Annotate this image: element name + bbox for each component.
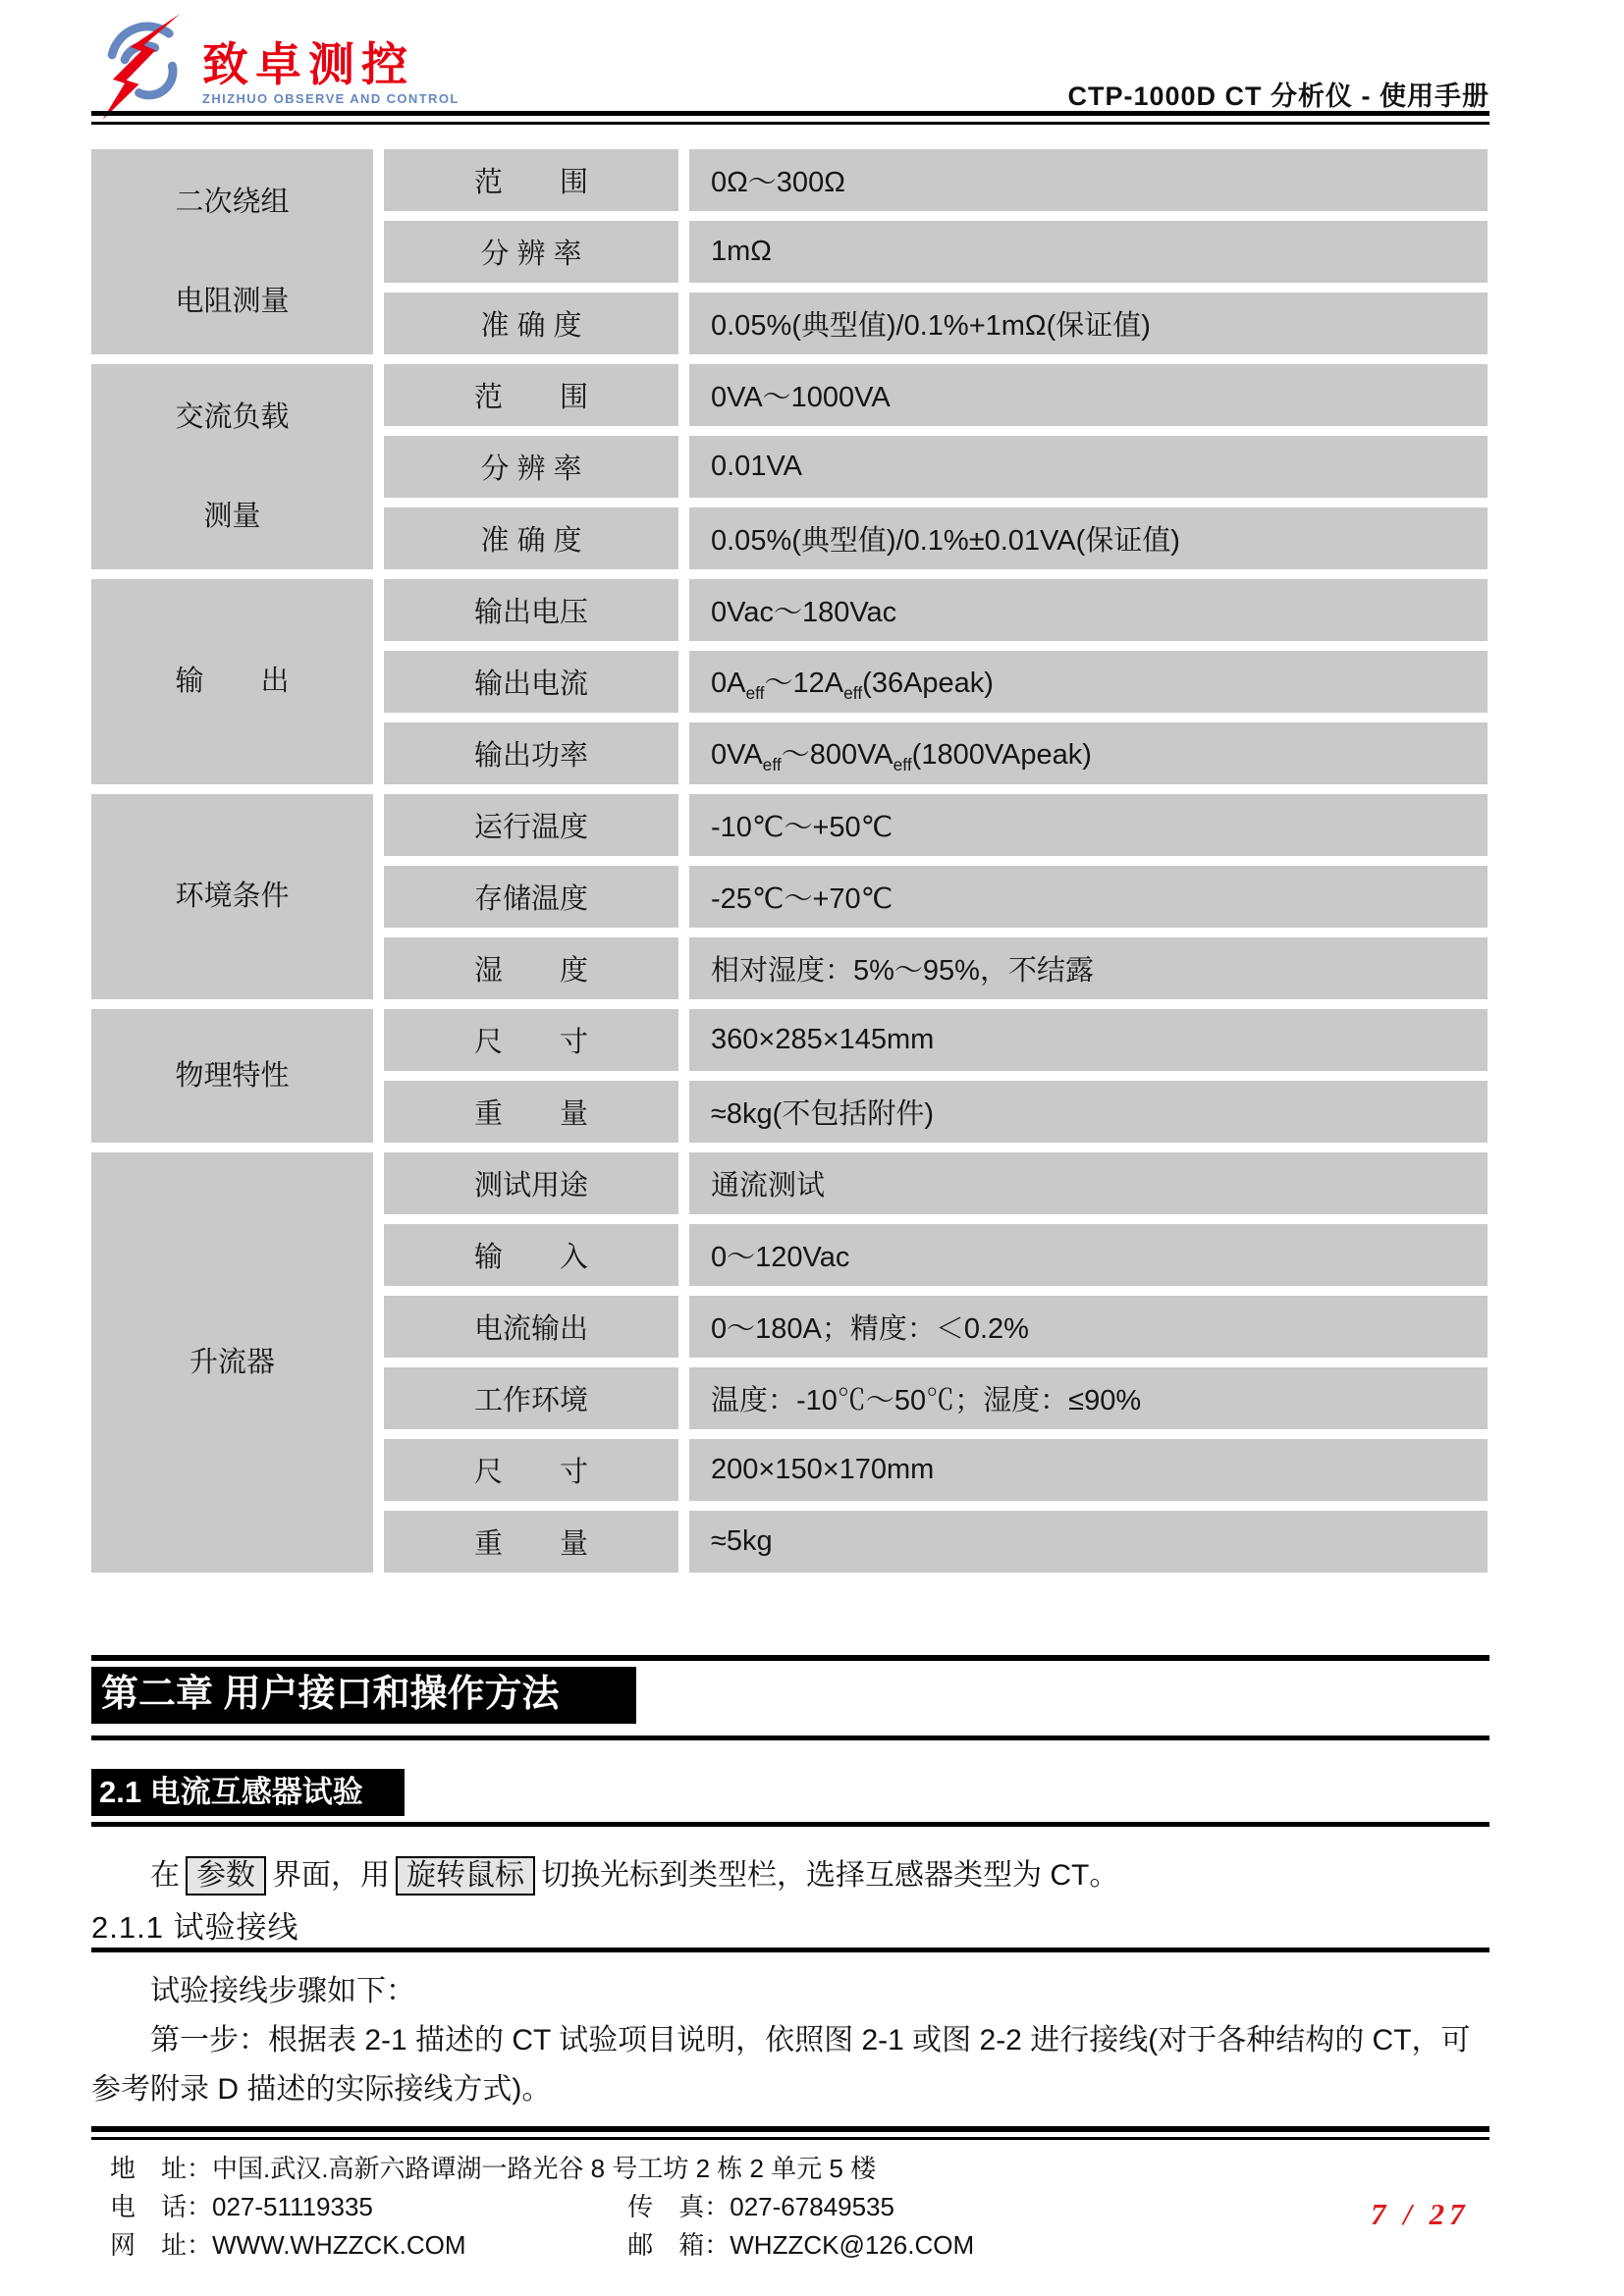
chapter-divider-top — [91, 1655, 1489, 1661]
param-cell: 分 辨 率 — [384, 436, 678, 498]
value-cell: 0Vac～180Vac — [689, 579, 1488, 641]
section-heading: 2.1 电流互感器试验 — [91, 1769, 405, 1816]
category-cell: 交流负载测量 — [91, 364, 373, 569]
para-step1: 第一步：根据表 2-1 描述的 CT 试验项目说明，依照图 2-1 或图 2-2… — [91, 2016, 1489, 2114]
param-cell: 准 确 度 — [384, 507, 678, 569]
param-cell: 测试用途 — [384, 1152, 678, 1214]
section-divider — [91, 1822, 1489, 1827]
value-cell: 0～180A；精度：＜0.2% — [689, 1296, 1488, 1358]
manual-page: 致卓测控 ZHIZHUO OBSERVE AND CONTROL CTP-100… — [0, 0, 1624, 2296]
param-cell: 范 围 — [384, 149, 678, 211]
table-row: 输 出输出电压0Vac～180Vac — [91, 579, 1488, 641]
value-cell: 温度：-10℃～50℃；湿度：≤90% — [689, 1367, 1488, 1429]
footer-phone-row: 电 话：027-51119335 传 真：027-67849535 — [110, 2188, 974, 2226]
param-cell: 输出电压 — [384, 579, 678, 641]
category-cell: 升流器 — [91, 1152, 373, 1573]
fax-label: 传 真： — [627, 2192, 730, 2221]
param-cell: 重 量 — [384, 1511, 678, 1573]
param-cell: 工作环境 — [384, 1367, 678, 1429]
zhizhuo-logo-icon — [94, 14, 196, 120]
chapter-divider-bottom — [91, 1735, 1489, 1740]
para-intro: 在参数界面，用旋转鼠标切换光标到类型栏，选择互感器类型为 CT。 — [91, 1851, 1548, 1900]
table-row: 物理特性尺 寸360×285×145mm — [91, 1009, 1488, 1071]
value-cell: 0.05%(典型值)/0.1%±0.01VA(保证值) — [689, 507, 1488, 569]
value-cell: 0Ω～300Ω — [689, 149, 1488, 211]
value-cell: 0VAeff～800VAeff(1800VApeak) — [689, 722, 1488, 784]
param-cell: 输 入 — [384, 1224, 678, 1286]
table-row: 环境条件运行温度-10℃～+50℃ — [91, 794, 1488, 856]
value-cell: 0Aeff～12Aeff(36Apeak) — [689, 651, 1488, 713]
value-cell: -25℃～+70℃ — [689, 866, 1488, 928]
value-cell: 0.05%(典型值)/0.1%+1mΩ(保证值) — [689, 293, 1488, 354]
param-cell: 范 围 — [384, 364, 678, 426]
value-cell: -10℃～+50℃ — [689, 794, 1488, 856]
website-value: WWW.WHZZCK.COM — [212, 2230, 466, 2260]
category-cell: 环境条件 — [91, 794, 373, 999]
value-cell: 0.01VA — [689, 436, 1488, 498]
param-cell: 尺 寸 — [384, 1439, 678, 1501]
header-divider-thick — [91, 111, 1489, 116]
value-cell: ≈5kg — [689, 1511, 1488, 1573]
table-row: 二次绕组电阻测量范 围0Ω～300Ω — [91, 149, 1488, 211]
email-label: 邮 箱： — [627, 2230, 730, 2260]
value-cell: ≈8kg(不包括附件) — [689, 1081, 1488, 1143]
value-cell: 360×285×145mm — [689, 1009, 1488, 1071]
param-cell: 准 确 度 — [384, 293, 678, 354]
para-steps-intro: 试验接线步骤如下： — [91, 1967, 1548, 2016]
header-divider-thin — [91, 122, 1489, 125]
company-logo: 致卓测控 ZHIZHUO OBSERVE AND CONTROL — [94, 14, 460, 120]
param-cell: 重 量 — [384, 1081, 678, 1143]
brand-subtitle: ZHIZHUO OBSERVE AND CONTROL — [202, 91, 460, 106]
category-cell: 二次绕组电阻测量 — [91, 149, 373, 354]
spec-table-body: 二次绕组电阻测量范 围0Ω～300Ω分 辨 率1mΩ准 确 度0.05%(典型值… — [91, 149, 1488, 1573]
phone-value: 027-51119335 — [212, 2192, 373, 2221]
brand-name: 致卓测控 — [202, 39, 460, 90]
chapter-heading: 第二章 用户接口和操作方法 — [91, 1667, 636, 1724]
website-label: 网 址： — [110, 2230, 212, 2260]
table-row: 交流负载测量范 围0VA～1000VA — [91, 364, 1488, 426]
address-value: 中国.武汉.高新六路谭湖一路光谷 8 号工坊 2 栋 2 单元 5 楼 — [212, 2154, 876, 2183]
value-cell: 相对湿度：5%～95%，不结露 — [689, 937, 1488, 999]
footer-address-row: 地 址：中国.武汉.高新六路谭湖一路光谷 8 号工坊 2 栋 2 单元 5 楼 — [110, 2150, 974, 2188]
subsection-heading: 2.1.1 试验接线 — [91, 1902, 299, 1947]
footer-divider-thick — [91, 2126, 1489, 2132]
phone-label: 电 话： — [110, 2192, 212, 2221]
spec-table: 二次绕组电阻测量范 围0Ω～300Ω分 辨 率1mΩ准 确 度0.05%(典型值… — [81, 139, 1498, 1582]
value-cell: 1mΩ — [689, 221, 1488, 283]
fax-value: 027-67849535 — [730, 2192, 894, 2221]
param-cell: 输出功率 — [384, 722, 678, 784]
footer-web-row: 网 址：WWW.WHZZCK.COM 邮 箱：WHZZCK@126.COM — [110, 2226, 974, 2265]
param-cell: 电流输出 — [384, 1296, 678, 1358]
document-title: CTP-1000D CT 分析仪 - 使用手册 — [1067, 75, 1489, 113]
param-cell: 分 辨 率 — [384, 221, 678, 283]
value-cell: 200×150×170mm — [689, 1439, 1488, 1501]
logo-text: 致卓测控 ZHIZHUO OBSERVE AND CONTROL — [202, 39, 460, 106]
category-cell: 物理特性 — [91, 1009, 373, 1143]
boxed-term: 参数 — [186, 1856, 266, 1896]
value-cell: 0～120Vac — [689, 1224, 1488, 1286]
param-cell: 运行温度 — [384, 794, 678, 856]
footer-contact: 地 址：中国.武汉.高新六路谭湖一路光谷 8 号工坊 2 栋 2 单元 5 楼 … — [110, 2150, 974, 2265]
param-cell: 湿 度 — [384, 937, 678, 999]
email-value: WHZZCK@126.COM — [730, 2230, 974, 2260]
address-label: 地 址： — [110, 2154, 212, 2183]
subsection-divider — [91, 1948, 1489, 1952]
category-cell: 输 出 — [91, 579, 373, 784]
param-cell: 输出电流 — [384, 651, 678, 713]
param-cell: 尺 寸 — [384, 1009, 678, 1071]
boxed-term: 旋转鼠标 — [396, 1856, 535, 1896]
value-cell: 0VA～1000VA — [689, 364, 1488, 426]
param-cell: 存储温度 — [384, 866, 678, 928]
footer-divider-thin — [91, 2137, 1489, 2140]
page-number: 7 / 27 — [1371, 2197, 1470, 2232]
table-row: 升流器测试用途通流测试 — [91, 1152, 1488, 1214]
value-cell: 通流测试 — [689, 1152, 1488, 1214]
